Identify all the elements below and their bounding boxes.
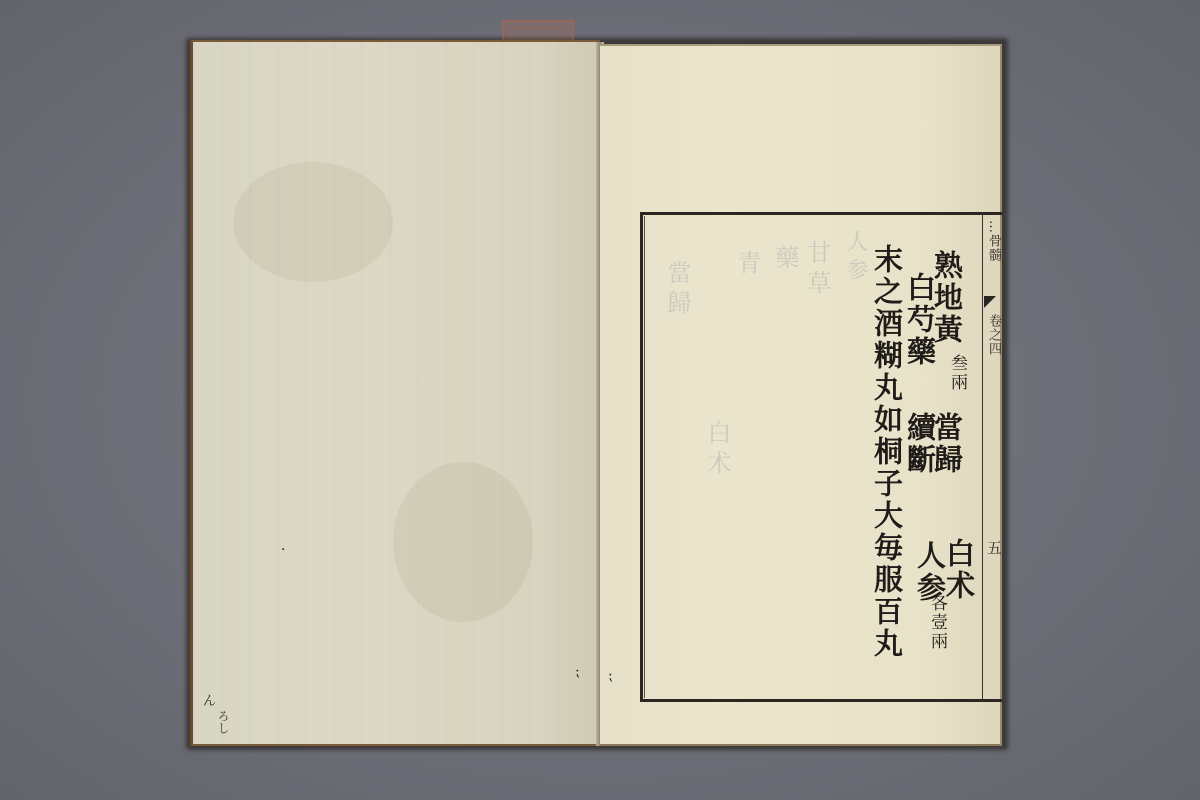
handwritten-mark: ろし [215, 710, 232, 734]
text-column-1-note: 叁兩 [948, 354, 965, 392]
block-heart-volume: 卷之四 [984, 314, 1003, 356]
ink-speck: ⁏ [608, 668, 613, 684]
text-column-1-main3: 白术 [944, 538, 973, 602]
printed-border-inner-line [644, 216, 645, 698]
block-heart [982, 212, 1002, 702]
text-column-2-main2: 續斷 [905, 412, 934, 476]
block-heart-page-number: 五 [984, 540, 1005, 556]
text-column-3-main: 末之酒糊丸如桐子大毎服百丸 [872, 244, 901, 660]
text-column-2-note: 各壹兩 [928, 594, 945, 651]
block-heart-title: …骨髓 [984, 220, 1003, 262]
handwritten-mark: ん [203, 690, 216, 709]
paper-stain [233, 162, 393, 282]
ink-speck: · [281, 542, 285, 558]
ink-speck: ⁏ [575, 664, 580, 680]
text-column-2-main: 白芍藥 [905, 272, 934, 368]
left-page: · ん ろし ⁏ [190, 40, 600, 746]
paper-stain [393, 462, 533, 622]
fish-tail-icon [984, 296, 996, 308]
